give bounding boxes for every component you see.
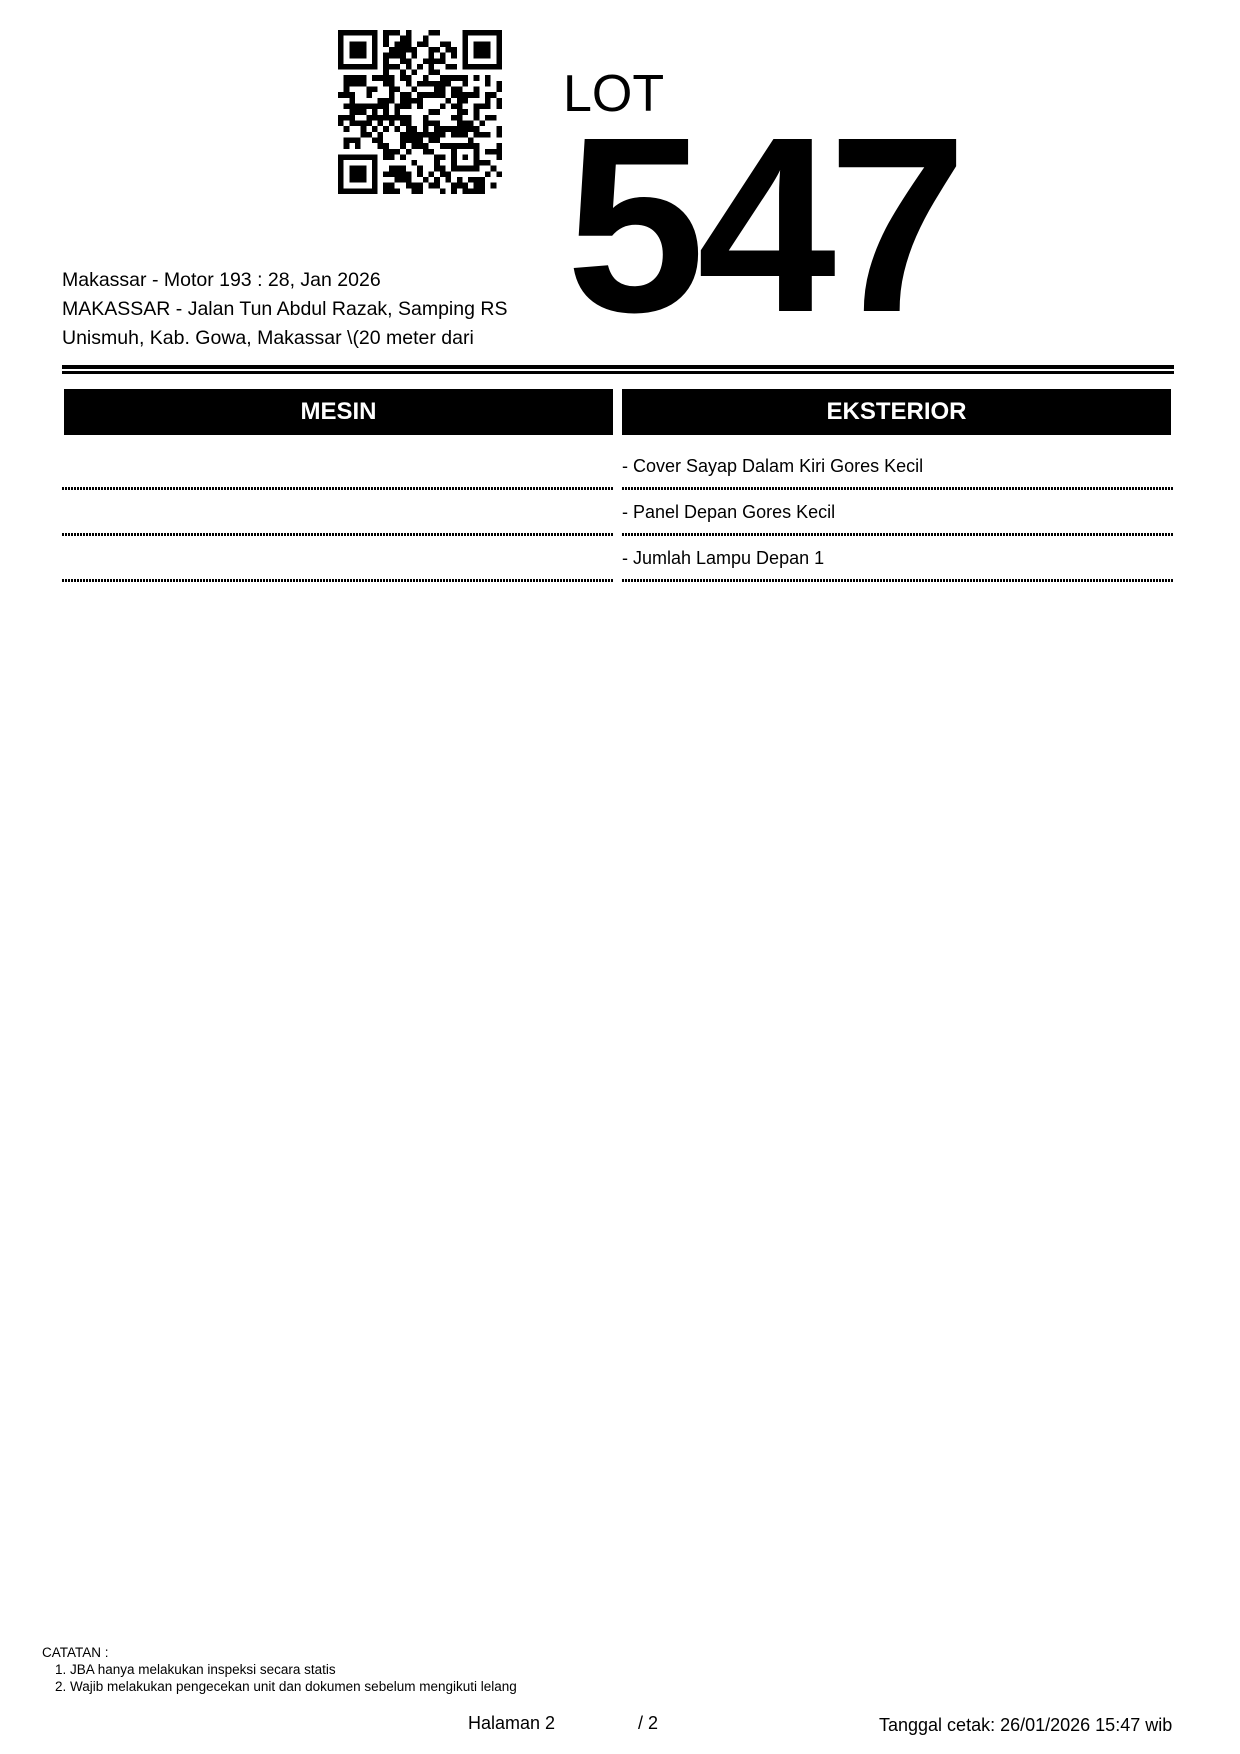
notes: CATATAN : JBA hanya melakukan inspeksi s… [42, 1644, 517, 1695]
mesin-cell [62, 444, 614, 490]
auction-address-line-1: MAKASSAR - Jalan Tun Abdul Razak, Sampin… [62, 295, 552, 324]
eksterior-cell: - Cover Sayap Dalam Kiri Gores Kecil [622, 444, 1174, 490]
notes-title: CATATAN : [42, 1644, 517, 1661]
eksterior-cell: - Panel Depan Gores Kecil [622, 490, 1174, 536]
header-divider [62, 365, 1174, 369]
header-divider [62, 371, 1174, 374]
auction-title: Makassar - Motor 193 : 28, Jan 2026 [62, 266, 552, 295]
table-row: - Panel Depan Gores Kecil [62, 490, 1174, 536]
qr-code-icon [338, 30, 502, 194]
note-item: JBA hanya melakukan inspeksi secara stat… [70, 1661, 517, 1678]
column-header-mesin: MESIN [64, 389, 613, 435]
column-header-eksterior: EKSTERIOR [622, 389, 1171, 435]
inspection-table: - Cover Sayap Dalam Kiri Gores Kecil - P… [62, 444, 1174, 582]
note-item: Wajib melakukan pengecekan unit dan doku… [70, 1678, 517, 1695]
print-date: Tanggal cetak: 26/01/2026 15:47 wib [879, 1715, 1172, 1736]
lot-number: 547 [566, 100, 959, 350]
eksterior-cell: - Jumlah Lampu Depan 1 [622, 536, 1174, 582]
mesin-cell [62, 536, 614, 582]
page-number: Halaman 2 [468, 1713, 555, 1734]
page-total: / 2 [638, 1713, 658, 1734]
auction-info: Makassar - Motor 193 : 28, Jan 2026 MAKA… [62, 266, 552, 353]
auction-address-line-2: Unismuh, Kab. Gowa, Makassar \(20 meter … [62, 324, 552, 353]
mesin-cell [62, 490, 614, 536]
table-row: - Cover Sayap Dalam Kiri Gores Kecil [62, 444, 1174, 490]
table-row: - Jumlah Lampu Depan 1 [62, 536, 1174, 582]
